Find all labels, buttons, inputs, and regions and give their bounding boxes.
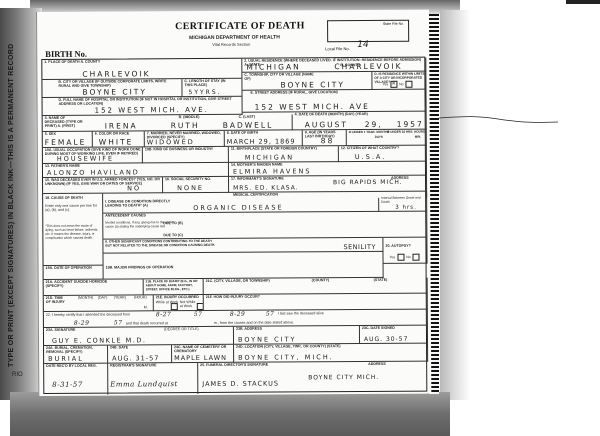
department-name: MICHIGAN DEPARTMENT OF HEALTH	[189, 35, 280, 42]
state-file-box: State File No.	[327, 20, 409, 43]
autopsy-no-checkbox[interactable]	[413, 254, 420, 261]
field-date-signed: 23c. DATE SIGNED AUG. 30-57	[360, 326, 428, 344]
field-fathers-name: 13. FATHER'S NAME ALONZO HAVILAND	[43, 163, 229, 178]
field-place-of-injury: 21b. PLACE OF INJURY (e.g., in or about …	[144, 279, 204, 295]
field-date-of-operation: 19a. DATE OF OPERATION	[44, 266, 104, 280]
field-date-of-death: 4. DATE OF DEATH (Month) (Day) (Year) AU…	[293, 112, 427, 131]
injury-at-work-checkbox[interactable]	[171, 303, 178, 310]
certificate-title: CERTIFICATE OF DEATH	[175, 20, 305, 32]
field-interval: Interval Between Onset and Death 3 hrs.	[379, 192, 427, 212]
field-registrar-signature: REGISTRAR'S SIGNATURE Emma Lundquist	[108, 363, 198, 395]
field-funeral-director: 25. FUNERAL DIRECTOR'S SIGNATURE JAMES D…	[198, 362, 428, 394]
field-race: 6. COLOR OR RACE WHITE	[93, 131, 145, 147]
field-operation-findings: 19b. MAJOR FINDINGS OF OPERATION	[103, 252, 383, 280]
field-antecedent-causes: ANTECEDENT CAUSES Morbid conditions, if …	[103, 212, 427, 240]
field-residence-state-county: 2. USUAL RESIDENCE (Where deceased lived…	[242, 58, 426, 73]
scan-bottom-shadow	[10, 392, 450, 436]
field-accident: 21a. ACCIDENT SUICIDE HOMICIDE (Specify)	[44, 279, 144, 296]
local-file-label: Local File No.	[325, 46, 349, 51]
field-autopsy: 20. AUTOPSY? Yes No	[383, 238, 427, 264]
death-certificate: CERTIFICATE OF DEATH MICHIGAN DEPARTMENT…	[36, 10, 431, 396]
certificate-grid: 1. PLACE OF DEATH a. COUNTY CHARLEVOIK 2…	[41, 57, 427, 394]
field-occupation: 10a. USUAL OCCUPATION (Give kind of work…	[43, 147, 143, 164]
state-file-label: State File No.	[383, 22, 404, 26]
field-sex: 5. SEX FEMALE	[43, 132, 93, 148]
field-disposition: 24a. BURIAL, CREMATION, REMOVAL (Specify…	[44, 346, 108, 364]
birth-number-label: BIRTH No.	[45, 49, 87, 59]
field-physician-signature: 23a. SIGNATURE (Degree or title) GUY E. …	[44, 327, 234, 346]
field-social-security: 16. SOCIAL SECURITY NO. NONE	[163, 177, 229, 193]
autopsy-yes-checkbox[interactable]	[397, 254, 404, 261]
field-marital-status: 7. MARRIED, NEVER MARRIED, WIDOWED, DIVO…	[145, 131, 225, 147]
city-limits-no-checkbox[interactable]	[406, 81, 413, 88]
field-place-of-death-city: b. CITY OR VILLAGE (If outside corporate…	[42, 79, 182, 98]
field-name-of-deceased: 3. NAME OF DECEASED (Type or Print) a. (…	[43, 114, 293, 132]
field-disposition-date: 24b. DATE AUG. 31-57	[108, 345, 172, 363]
name-middle: RUTH	[171, 121, 200, 130]
field-time-of-injury: 21d. TIME OF INJURY (Month) (Day) (Year)…	[44, 295, 154, 312]
field-physician-address: 23b. ADDRESS BOYNE CITY	[234, 326, 360, 345]
field-injury-location: 21c. (CITY, VILLAGE, OR TOWNSHIP) (COUNT…	[204, 278, 428, 295]
field-inside-city-limits: d. Is Residence within limits of a city …	[372, 72, 426, 90]
city-limits-yes-checkbox[interactable]: ✕	[390, 81, 397, 88]
field-informant: 17. INFORMANT'S SIGNATURE MRS. ED. KLASA…	[229, 176, 427, 193]
scan-right-shadow	[440, 10, 470, 400]
field-cemetery-location: 24d. LOCATION (City, village, twp., or c…	[234, 344, 428, 363]
field-residence-city: c. TOWNSHIP, CITY OR VILLAGE (Name of) B…	[242, 72, 372, 91]
local-file-value: 14	[357, 40, 369, 50]
name-last: BADWELL	[223, 121, 274, 130]
field-hospital: d. FULL NAME OF HOSPITAL OR INSTITUTION …	[43, 97, 243, 116]
field-age-under-one: If under 1 Year: Months Days If under 24…	[347, 130, 427, 146]
field-date-received: DATE REC'D BY LOCAL REG. 8-31-57	[44, 364, 108, 395]
field-residence-street: e. STREET ADDRESS (If rural, give locati…	[242, 90, 426, 113]
section-name: Vital Records Section	[212, 42, 250, 47]
field-industry: 10b. KIND OF BUSINESS OR INDUSTRY	[143, 147, 229, 164]
field-cause-of-death-instructions: 18. CAUSE OF DEATH Enter only one cause …	[43, 194, 103, 266]
side-notice: TYPE OR PRINT (EXCEPT SIGNATURES) IN BLA…	[8, 40, 20, 370]
field-mothers-maiden-name: 14. MOTHER'S MAIDEN NAME ELMIRA HAVENS	[229, 162, 427, 177]
injury-not-at-work-checkbox[interactable]	[197, 303, 204, 310]
fold-line	[438, 116, 568, 126]
field-citizenship: 12. CITIZEN OF WHAT COUNTRY? U.S.A.	[339, 146, 427, 163]
field-armed-forces: 15. WAS DECEASED EVER IN U.S. ARMED FORC…	[43, 177, 163, 194]
field-birthplace: 11. BIRTHPLACE (State or foreign country…	[229, 146, 339, 163]
name-first: IRENA	[105, 121, 138, 130]
side-form-number: RIO	[12, 372, 23, 378]
corner-mark	[566, 0, 600, 4]
field-age: 9. AGE (In years last birthday) 88	[303, 130, 347, 146]
field-place-of-death-county: 1. PLACE OF DEATH a. COUNTY CHARLEVOIK	[42, 59, 242, 80]
field-how-injury: 21f. HOW DID INJURY OCCUR?	[204, 294, 428, 311]
field-length-of-stay: c. LENGTH OF STAY (in this place) 5YYRS.	[182, 79, 242, 97]
field-injury-at-work: 21e. INJURY OCCURRED While at Work Not W…	[154, 295, 204, 311]
field-cemetery: 24c. NAME OF CEMETERY OR CREMATORY MAPLE…	[172, 345, 234, 363]
field-date-of-birth: 8. DATE OF BIRTH MARCH 29, 1869	[225, 130, 303, 146]
